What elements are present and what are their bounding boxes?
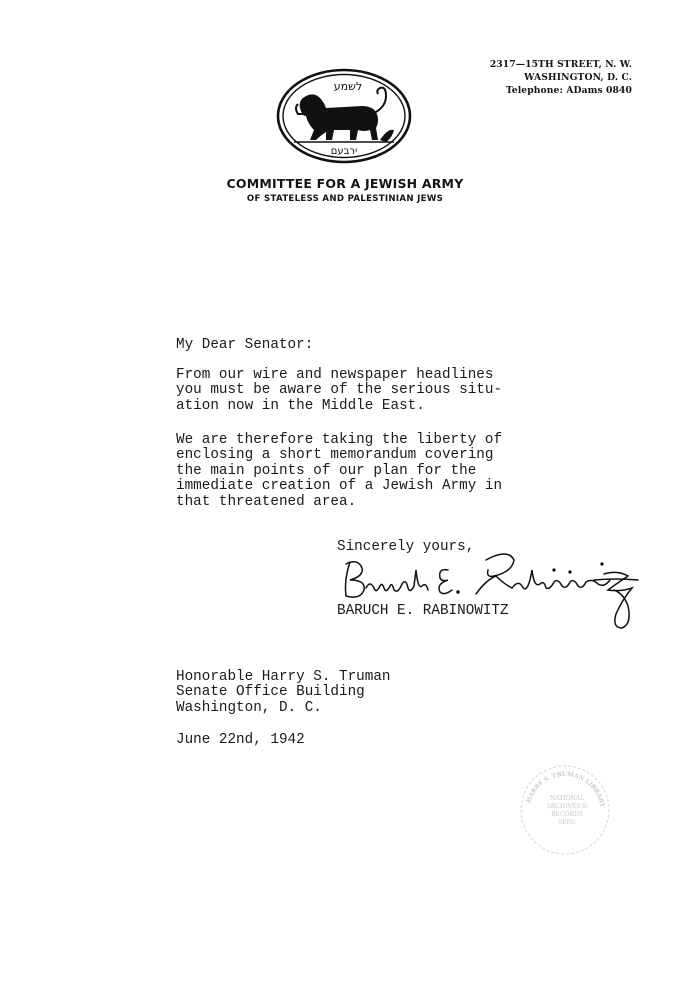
seal-top-inscription: לשמע <box>334 80 362 93</box>
archive-stamp-icon: HARRY S. TRUMAN LIBRARY NATIONAL ARCHIVE… <box>515 760 615 855</box>
lion-seal-icon: לשמע ירבעם <box>276 68 412 164</box>
body-paragraph-2: We are therefore taking the liberty of e… <box>176 433 502 510</box>
organization-subtitle: OF STATELESS AND PALESTINIAN JEWS <box>190 194 500 204</box>
address-street: 2317—15TH STREET, N. W. <box>470 58 632 71</box>
seal-bottom-inscription: ירבעם <box>331 146 358 157</box>
stamp-inner-line-3: RECORDS <box>551 811 583 818</box>
salutation: My Dear Senator: <box>176 338 313 353</box>
stamp-inner-line-1: NATIONAL <box>550 795 584 802</box>
address-telephone: Telephone: ADams 0840 <box>470 84 632 97</box>
organization-name: COMMITTEE FOR A JEWISH ARMY <box>190 176 500 191</box>
body-paragraph-1: From our wire and newspaper headlines yo… <box>176 368 502 414</box>
letter-date: June 22nd, 1942 <box>176 733 305 748</box>
letterhead-address: 2317—15TH STREET, N. W. WASHINGTON, D. C… <box>470 58 632 97</box>
recipient-address: Honorable Harry S. Truman Senate Office … <box>176 670 391 716</box>
stamp-inner-line-4: SERV. <box>558 819 576 826</box>
typed-signatory-name: BARUCH E. RABINOWITZ <box>337 604 509 619</box>
stamp-inner-line-2: ARCHIVES & <box>545 803 588 810</box>
address-city: WASHINGTON, D. C. <box>470 71 632 84</box>
